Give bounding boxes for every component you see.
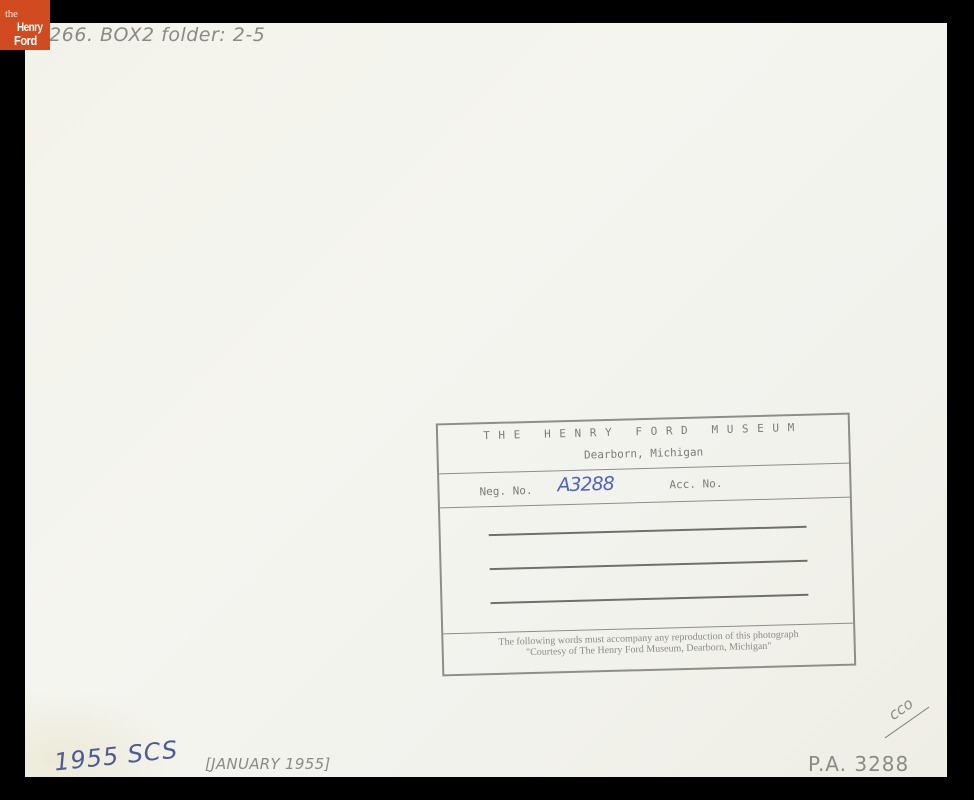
pa-number-note: P.A. 3288 [808, 752, 909, 776]
logo-the: the [5, 8, 18, 20]
neg-no-value: A3288 [557, 473, 614, 496]
blank-line [490, 594, 808, 604]
stamp-title: THE HENRY FORD MUSEUM [438, 420, 848, 444]
stamp-notice: The following words must accompany any r… [443, 623, 854, 675]
acc-no-label: Acc. No. [669, 477, 722, 491]
logo-henry: Henry [17, 20, 42, 34]
pencil-date-note: [JANUARY 1955] [205, 755, 331, 773]
blank-line [489, 526, 807, 536]
henry-ford-logo: the Henry Ford [0, 0, 50, 50]
stamp-location: Dearborn, Michigan [439, 442, 849, 466]
neg-no-label: Neg. No. [479, 484, 532, 498]
logo-ford: Ford [14, 33, 37, 48]
museum-stamp: THE HENRY FORD MUSEUM Dearborn, Michigan… [436, 413, 856, 677]
blank-line [490, 560, 808, 570]
top-archive-note: I. 266. BOX2 folder: 2-5 [30, 24, 265, 46]
